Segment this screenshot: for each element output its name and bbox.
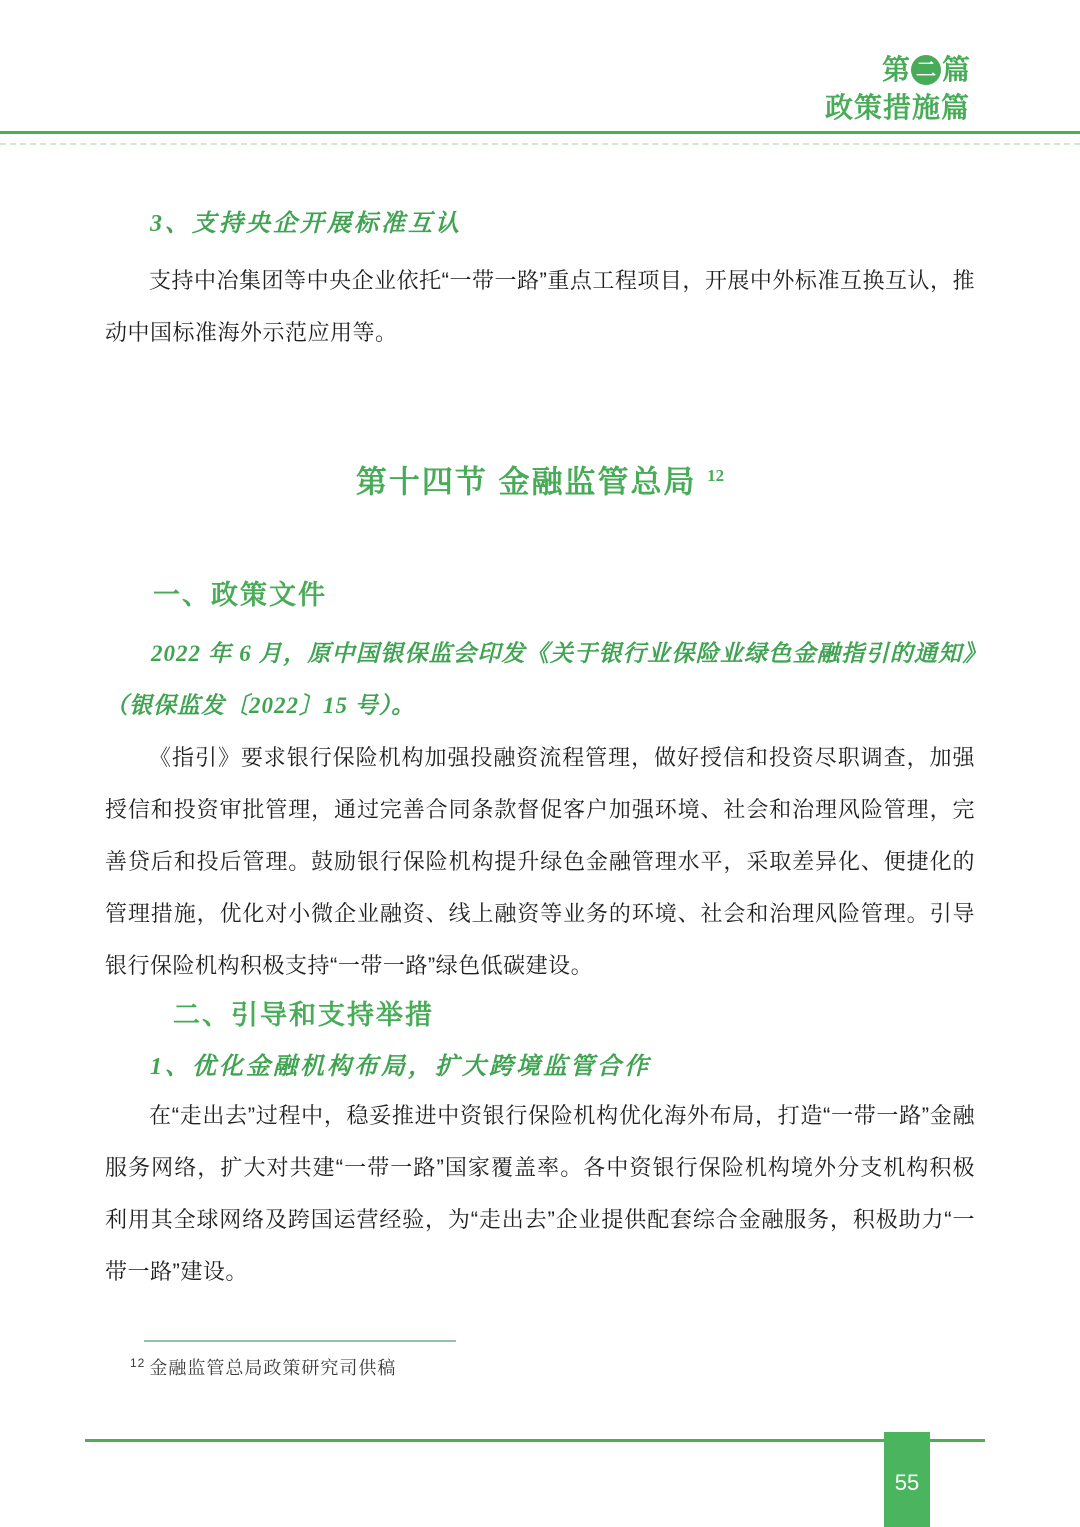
footnote-divider [144,1340,456,1342]
footnote-block: 12金融监管总局政策研究司供稿 [130,1340,530,1380]
part-number-suffix: 篇 [942,52,970,87]
chapter-footnote-ref: 12 [707,466,724,485]
chapter-heading-text: 第十四节 金融监管总局 [356,464,697,499]
part-number-badge-icon: 二 [911,55,941,85]
footnote-text: 12金融监管总局政策研究司供稿 [130,1354,530,1380]
footnote-source: 金融监管总局政策研究司供稿 [149,1358,396,1378]
page-number-tab: 55 [884,1432,930,1527]
document-page: 第 二 篇 政策措施篇 3、支持央企开展标准互认 支持中冶集团等中央企业依托“一… [0,0,1080,1527]
part-number-title: 第 二 篇 [825,52,970,87]
policy-document-intro: 2022 年 6 月，原中国银保监会印发《关于银行业保险业绿色金融指引的通知》（… [105,628,975,732]
section-1-heading: 一、政策文件 [105,576,975,614]
subsection-3-heading: 3、支持央企开展标准互认 [105,207,975,241]
section-2-heading: 二、引导和支持举措 [105,996,975,1034]
chapter-heading: 第十四节 金融监管总局 12 [105,454,975,504]
footer-divider [85,1439,985,1442]
header-divider-dashed [0,143,1080,145]
part-number-prefix: 第 [882,52,910,87]
part-title: 政策措施篇 [825,90,970,125]
footnote-ref-number: 12 [130,1356,145,1370]
main-content: 3、支持央企开展标准互认 支持中冶集团等中央企业依托“一带一路”重点工程项目，开… [105,150,975,1298]
policy-document-body: 《指引》要求银行保险机构加强投融资流程管理，做好授信和投资尽职调查，加强授信和投… [105,732,975,992]
page-header: 第 二 篇 政策措施篇 [825,52,970,125]
header-divider [0,131,1080,134]
subsection-1-heading: 1、优化金融机构布局，扩大跨境监管合作 [105,1050,975,1084]
paragraph-financial-layout: 在“走出去”过程中，稳妥推进中资银行保险机构优化海外布局，打造“一带一路”金融服… [105,1090,975,1298]
paragraph-standards-mutual-recognition: 支持中冶集团等中央企业依托“一带一路”重点工程项目，开展中外标准互换互认，推动中… [105,255,975,359]
